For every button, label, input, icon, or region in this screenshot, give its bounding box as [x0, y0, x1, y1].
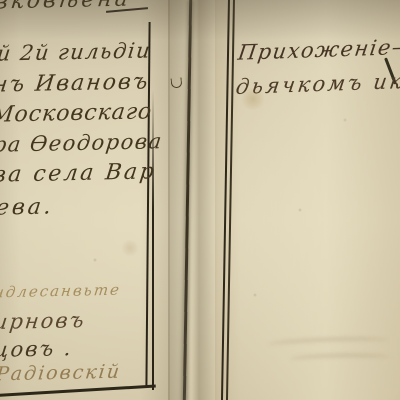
handwriting-line: нъ Ивановъ [0, 69, 151, 97]
handwriting-line: й 2й гильдіи [0, 38, 153, 65]
paper-stain [240, 88, 266, 110]
handwriting-line: Московскаго [0, 99, 154, 127]
handwriting-line: ра Ѳеодорова [0, 129, 164, 157]
manuscript-scan: вковѣена й 2й гильдіи нъ Ивановъ Московс… [0, 0, 400, 400]
handwriting-line: ирновъ [0, 308, 87, 334]
handwriting-line-faded: ндлесанвьте [0, 281, 122, 302]
paper-stain [120, 240, 140, 256]
handwriting-line-faded: Радіовскій [0, 361, 122, 386]
handwriting-line: ва села Вар [0, 159, 158, 187]
handwriting-line: цовъ . [0, 336, 74, 362]
binding-gutter [168, 0, 218, 400]
handwriting-line: ева. [0, 194, 55, 220]
